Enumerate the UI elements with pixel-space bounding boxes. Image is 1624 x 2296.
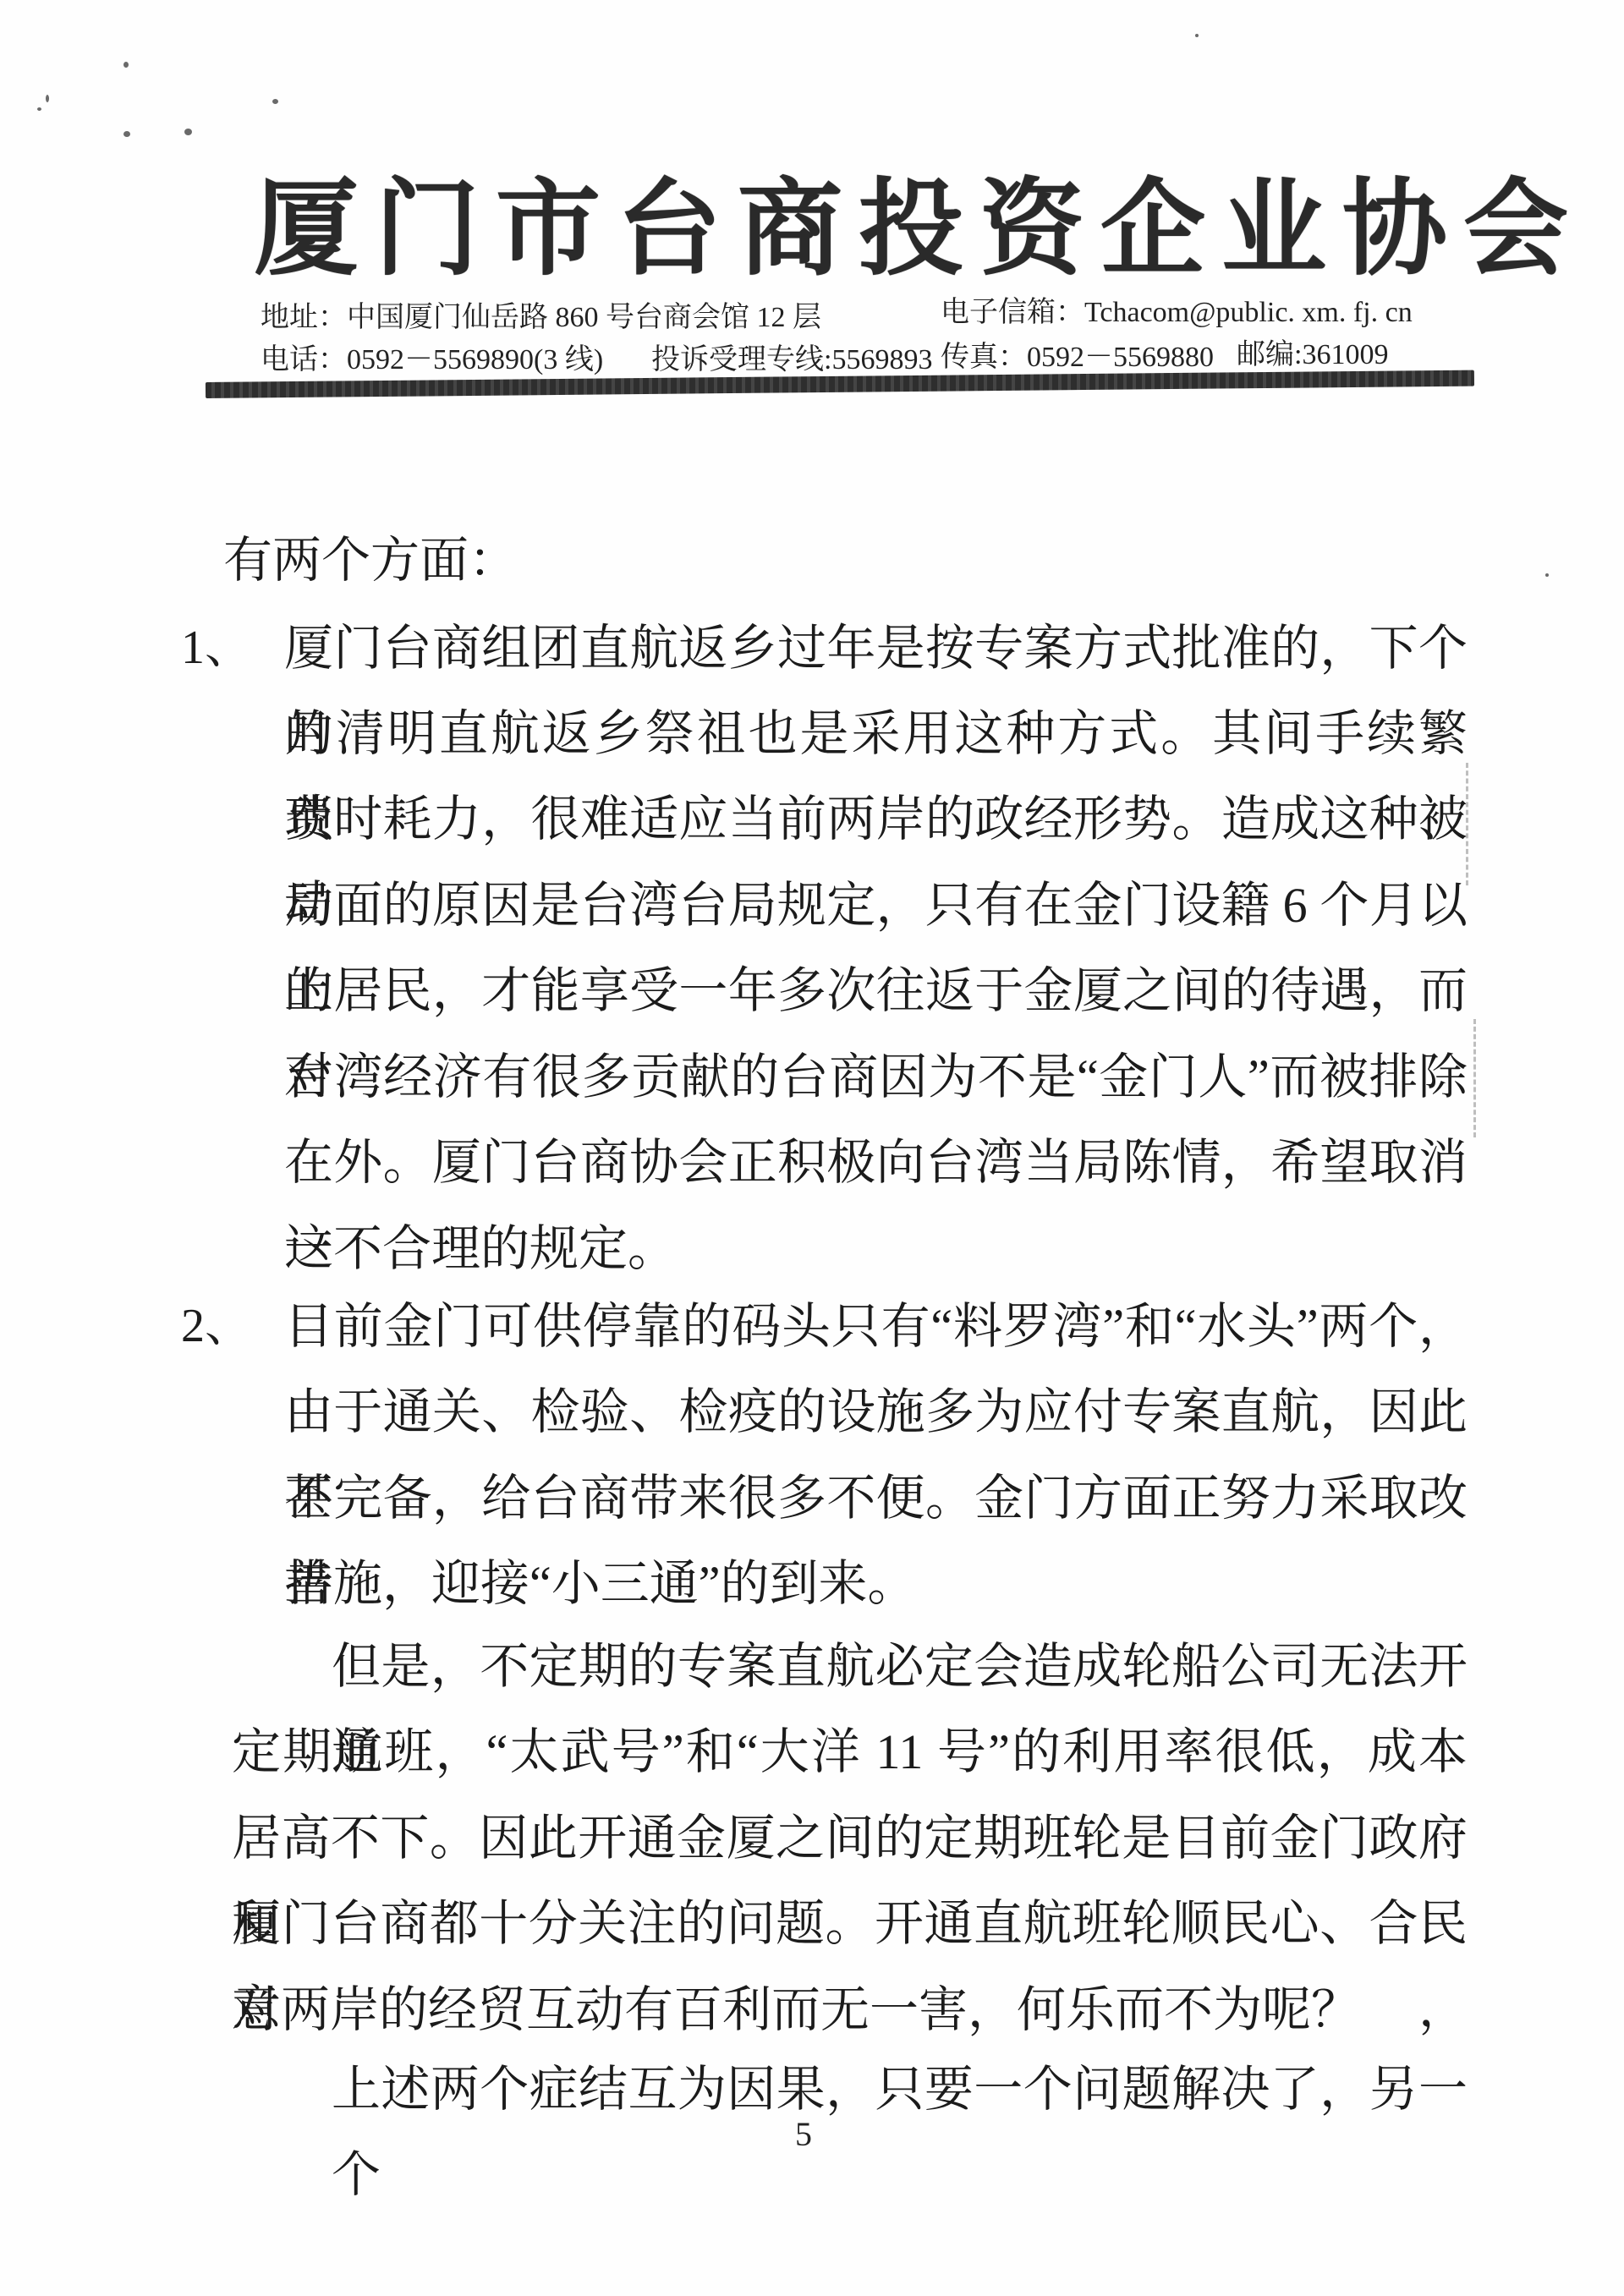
item-1-line: 的居民，才能享受一年多次往返于金厦之间的待遇，而对	[284, 948, 1468, 1033]
paragraph-line: 居高不下。因此开通金厦之间的定期班轮是目前金门政府和	[232, 1795, 1468, 1881]
scan-edge-artifact	[1473, 1019, 1479, 1137]
postal-code: 邮编:361009	[1237, 335, 1388, 375]
item-1-number: 1、	[181, 606, 283, 691]
phone-line: 电话：0592－5569890(3 线)	[261, 340, 603, 381]
item-1-line: 台湾经济有很多贡献的台商因为不是“金门人”而被排除	[284, 1034, 1468, 1120]
item-2-line: 由于通关、检验、检疫的设施多为应付专案直航，因此不	[284, 1369, 1468, 1455]
item-2-line: 措施，迎接“小三通”的到来。	[284, 1541, 1468, 1626]
page-number: 5	[0, 2109, 1607, 2160]
scan-edge-artifact	[1466, 763, 1471, 885]
item-1-line: 一不合理的规定。	[284, 1206, 1468, 1291]
paragraph-line: 对两岸的经贸互动有百利而无一害，何乐而不为呢？	[232, 1967, 1468, 2052]
item-2-line: 甚完备，给台商带来很多不便。金门方面正努力采取改善	[284, 1455, 1468, 1541]
item-1-line: 在外。厦门台商协会正积极向台湾当局陈情，希望取消这	[284, 1120, 1468, 1205]
scan-speck	[272, 99, 278, 104]
paragraph-line: 定期航班，“太武号”和“大洋 11 号”的利用率很低，成本	[232, 1709, 1468, 1795]
address-line: 地址：中国厦门仙岳路 860 号台商会馆 12 层	[261, 298, 821, 338]
paragraph-line: 厦门台商都十分关注的问题。开通直航班轮顺民心、合民意，	[232, 1881, 1468, 1966]
item-2-line: 目前金门可供停靠的码头只有“料罗湾”和“水头”两个，	[284, 1284, 1468, 1369]
scan-speck	[46, 95, 49, 102]
scan-speck	[123, 62, 129, 68]
scan-speck	[1545, 573, 1549, 577]
scan-speck	[123, 131, 130, 137]
scan-speck	[184, 129, 192, 135]
scan-speck	[1195, 34, 1199, 37]
item-1-line: 厦门台商组团直航返乡过年是按专案方式批准的，下个月	[284, 606, 1468, 691]
paragraph-line: 但是，不定期的专案直航必定会造成轮船公司无法开通	[332, 1624, 1468, 1709]
item-1-line: 费时耗力，很难适应当前两岸的政经形势。造成这种被动	[284, 776, 1468, 862]
scanned-letter-page: 厦门市台商投资企业协会 地址：中国厦门仙岳路 860 号台商会馆 12 层 电子…	[0, 0, 1624, 2296]
item-1-line: 局面的原因是台湾台局规定，只有在金门设籍 6 个月以上	[284, 863, 1468, 948]
scan-speck	[37, 107, 41, 111]
intro-line: 有两个方面：	[223, 518, 518, 603]
association-letterhead-title: 厦门市台商投资企业协会	[254, 166, 1455, 294]
email-line: 电子信箱：Tchacom@public. xm. fj. cn	[941, 293, 1413, 333]
complaint-hotline: 投诉受理专线:5569893	[651, 340, 932, 381]
item-2-number: 2、	[181, 1284, 283, 1369]
item-1-line: 的清明直航返乡祭祖也是采用这种方式。其间手续繁琐、	[284, 691, 1468, 776]
fax-line: 传真：0592－5569880	[941, 337, 1214, 378]
